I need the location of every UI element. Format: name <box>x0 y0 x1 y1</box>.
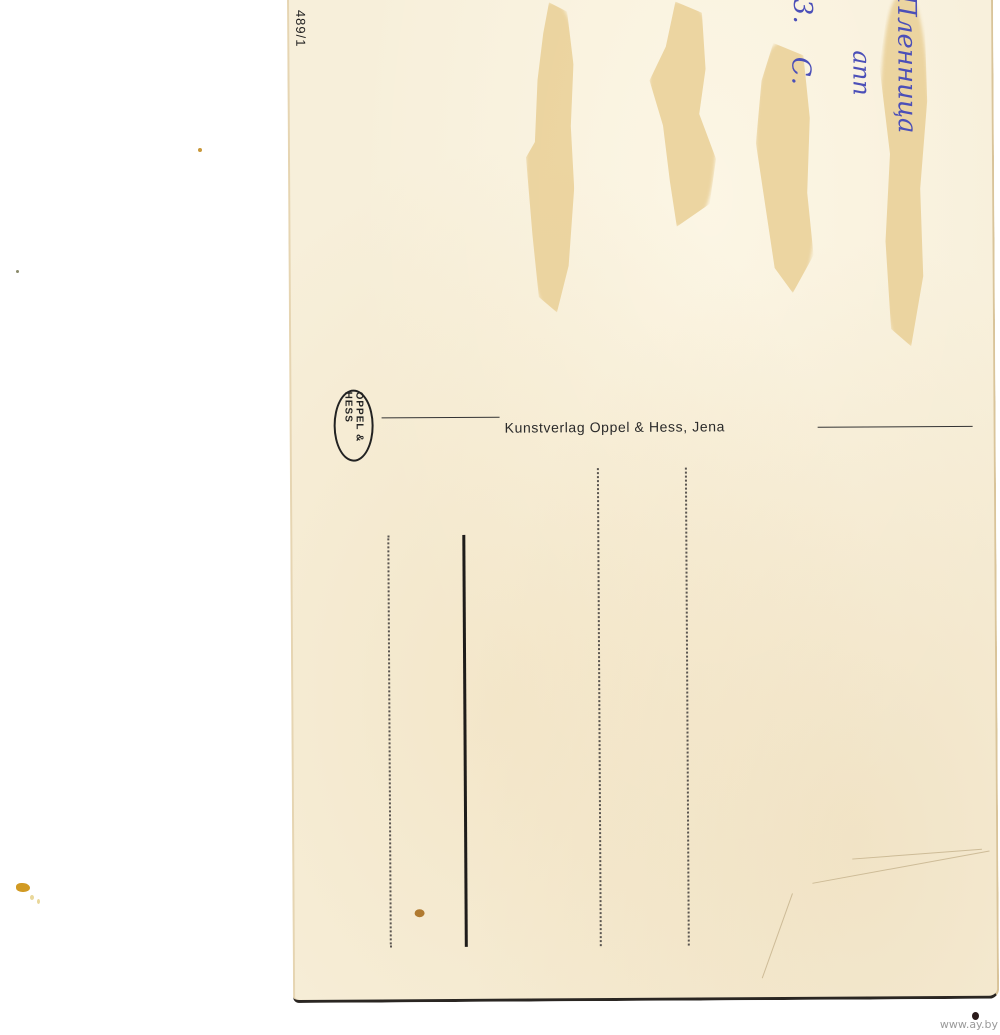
stain-spot <box>415 909 425 917</box>
card-number: 489/1 <box>293 10 308 48</box>
publisher-logo-text: OPPEL & HESS <box>342 392 364 460</box>
paper-crease <box>762 893 793 978</box>
glue-stain <box>649 1 716 226</box>
postcard: 489/1 Пленница ann 3. С. OPPEL & HESS Ku… <box>287 0 999 1003</box>
address-dotted-line <box>685 468 690 946</box>
debris-speck <box>198 148 202 152</box>
handwritten-text: С. <box>785 57 815 85</box>
debris-speck <box>16 883 30 892</box>
paper-crease <box>852 849 982 860</box>
publisher-imprint: Kunstverlag Oppel & Hess, Jena <box>505 418 725 435</box>
debris-speck <box>30 895 34 900</box>
debris-speck <box>37 899 40 904</box>
watermark: www.ay.by <box>940 1018 998 1031</box>
handwritten-text: 3. <box>787 0 817 24</box>
center-divider-line <box>462 535 468 947</box>
publisher-rule-right <box>818 426 973 428</box>
handwritten-text: Пленница <box>891 0 922 134</box>
debris-speck <box>16 270 19 273</box>
publisher-rule-left <box>382 417 500 419</box>
address-dotted-line <box>597 468 602 946</box>
handwritten-text: ann <box>847 50 875 95</box>
publisher-logo-icon: OPPEL & HESS <box>333 389 373 461</box>
glue-stain <box>525 2 587 312</box>
dotted-guide-line <box>387 535 392 947</box>
